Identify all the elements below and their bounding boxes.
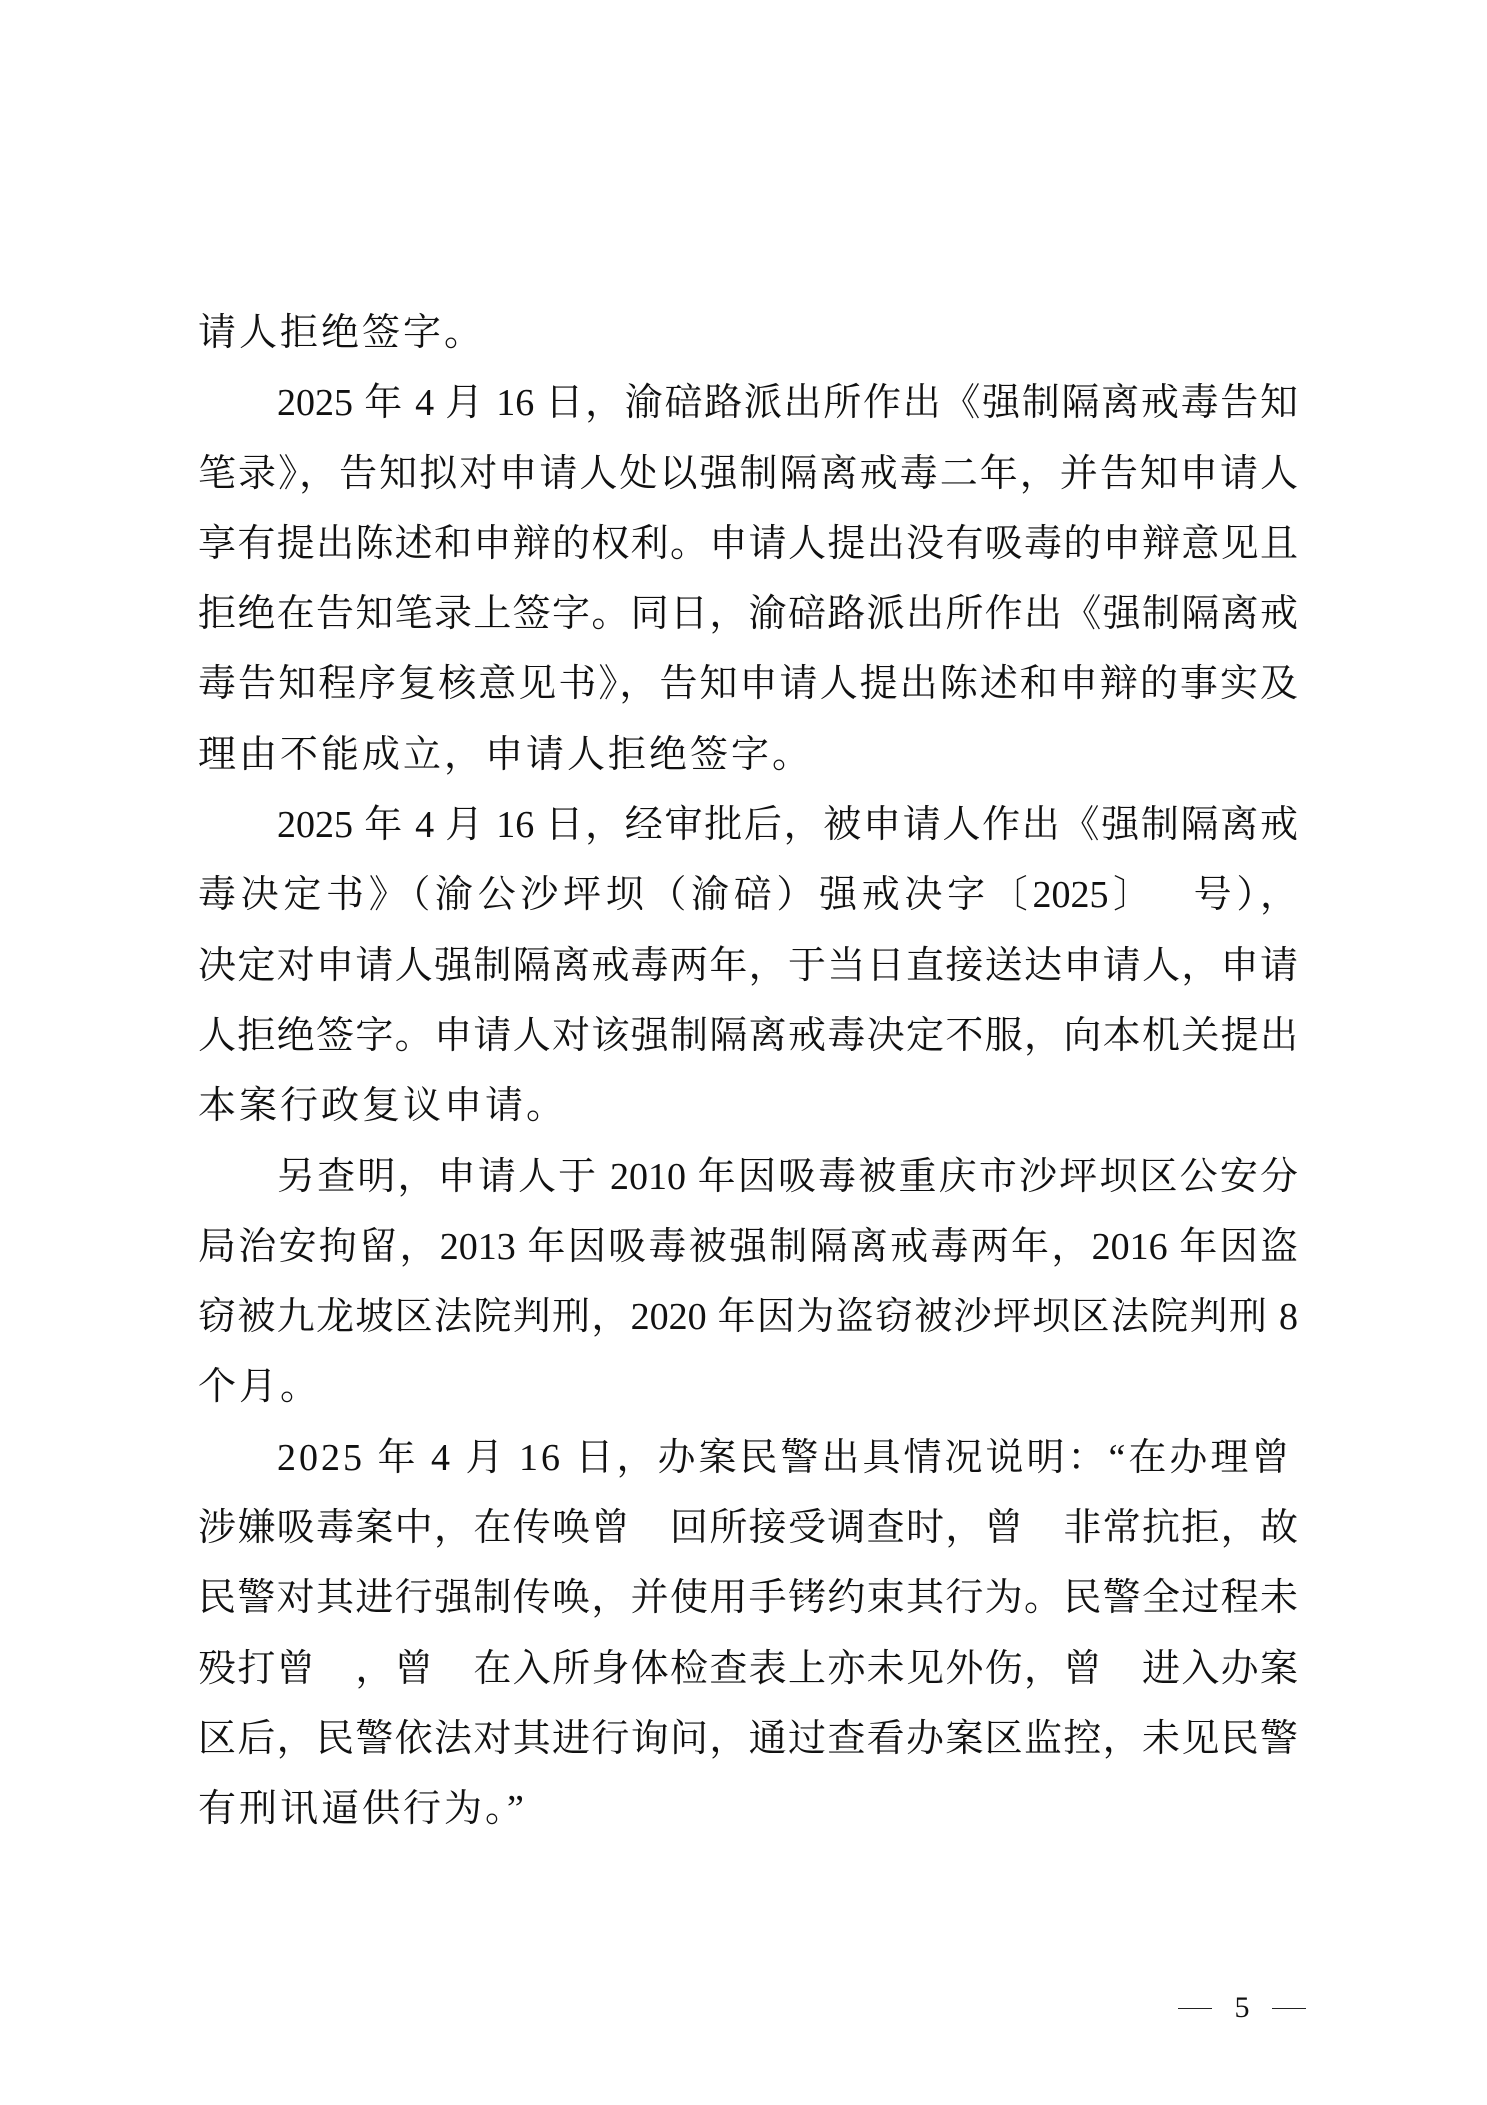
text-line: 决定对申请人强制隔离戒毒两年，于当日直接送达申请人，申请 (198, 931, 1298, 1001)
text-line: 2025 年 4 月 16 日，办案民警出具情况说明：“在办理曾 (198, 1423, 1298, 1493)
text-line: 毒决定书》（渝公沙坪坝（渝碚）强戒决字〔2025〕 号）， (198, 860, 1298, 930)
page-number-dash-right (1272, 2008, 1306, 2009)
text-line: 理由不能成立，申请人拒绝签字。 (198, 720, 1298, 790)
text-line: 2025 年 4 月 16 日，渝碚路派出所作出《强制隔离戒毒告知 (198, 368, 1298, 438)
page-number-dash-left (1178, 2008, 1212, 2009)
text-line: 请人拒绝签字。 (198, 298, 1298, 368)
document-body: 请人拒绝签字。 2025 年 4 月 16 日，渝碚路派出所作出《强制隔离戒毒告… (198, 298, 1298, 1845)
text-line: 本案行政复议申请。 (198, 1071, 1298, 1141)
text-line: 拒绝在告知笔录上签字。同日，渝碚路派出所作出《强制隔离戒 (198, 579, 1298, 649)
text-line: 有刑讯逼供行为。” (198, 1774, 1298, 1844)
text-line: 笔录》，告知拟对申请人处以强制隔离戒毒二年，并告知申请人 (198, 439, 1298, 509)
text-line: 2025 年 4 月 16 日，经审批后，被申请人作出《强制隔离戒 (198, 790, 1298, 860)
text-line: 殁打曾 ，曾 在入所身体检查表上亦未见外伤，曾 进入办案 (198, 1634, 1298, 1704)
text-line: 另查明，申请人于 2010 年因吸毒被重庆市沙坪坝区公安分 (198, 1142, 1298, 1212)
text-line: 窃被九龙坡区法院判刑，2020 年因为盗窃被沙坪坝区法院判刑 8 (198, 1282, 1298, 1352)
text-line: 人拒绝签字。申请人对该强制隔离戒毒决定不服，向本机关提出 (198, 1001, 1298, 1071)
text-line: 个月。 (198, 1352, 1298, 1422)
text-line: 局治安拘留，2013 年因吸毒被强制隔离戒毒两年，2016 年因盗 (198, 1212, 1298, 1282)
text-line: 毒告知程序复核意见书》，告知申请人提出陈述和申辩的事实及 (198, 649, 1298, 719)
text-line: 区后，民警依法对其进行询问，通过查看办案区监控，未见民警 (198, 1704, 1298, 1774)
text-line: 享有提出陈述和申辩的权利。申请人提出没有吸毒的申辩意见且 (198, 509, 1298, 579)
page-number: 5 (1178, 1988, 1306, 2028)
document-page: 请人拒绝签字。 2025 年 4 月 16 日，渝碚路派出所作出《强制隔离戒毒告… (0, 0, 1487, 2105)
text-line: 民警对其进行强制传唤，并使用手铐约束其行为。民警全过程未 (198, 1563, 1298, 1633)
page-number-value: 5 (1235, 1991, 1250, 2025)
text-line: 涉嫌吸毒案中，在传唤曾 回所接受调查时，曾 非常抗拒，故 (198, 1493, 1298, 1563)
